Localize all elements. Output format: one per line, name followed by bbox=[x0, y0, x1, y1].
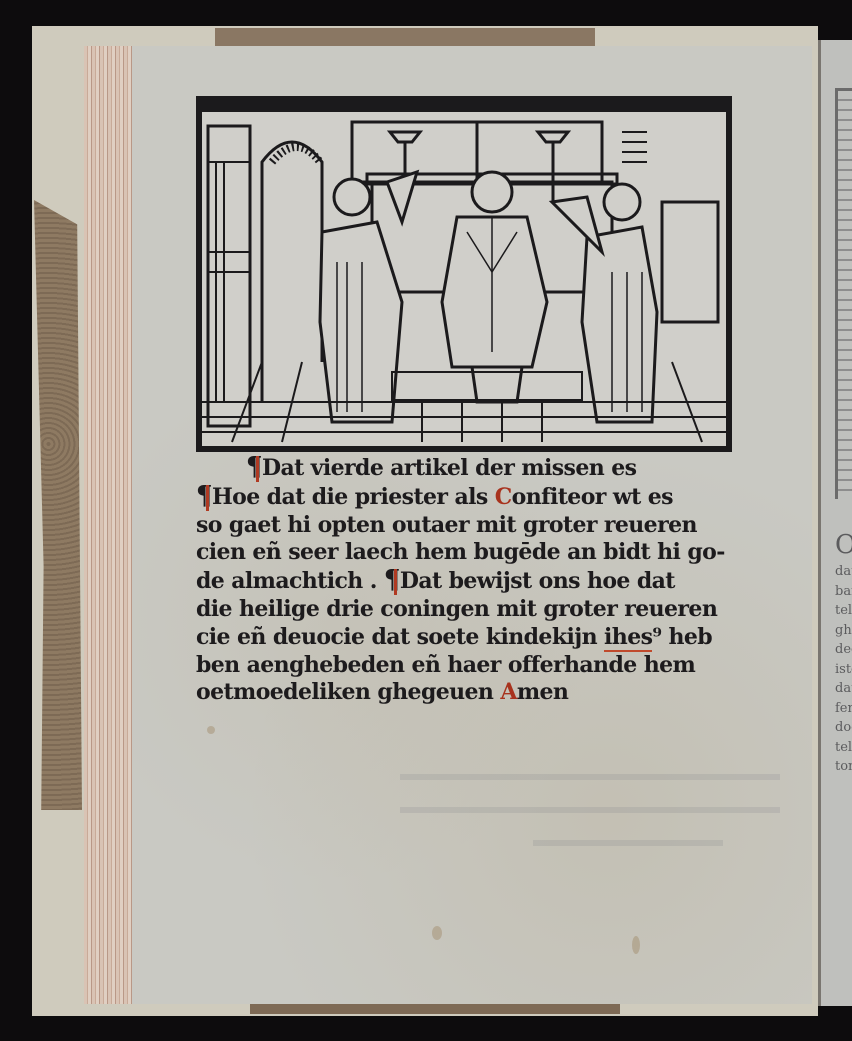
binding-board-top bbox=[215, 28, 595, 46]
blackletter-text-block: ¶Dat vierde artikel der missen es ¶Hoe d… bbox=[196, 454, 742, 707]
rubricated-letter: C bbox=[495, 484, 512, 510]
text-line-7: cie eñ deuocie dat soete kindekijn ihes⁹… bbox=[196, 624, 742, 652]
woodcut-illustration bbox=[196, 96, 732, 452]
text-line-2: ¶Hoe dat die priester als Confiteor wt e… bbox=[196, 483, 742, 512]
show-through-text bbox=[400, 720, 780, 846]
foxing-spot bbox=[432, 926, 442, 940]
text-line-5: de almachtich . ¶Dat bewijst ons hoe dat bbox=[196, 567, 742, 596]
pilcrow-mark: ¶ bbox=[246, 452, 262, 482]
text-line-9: oetmoedeliken ghegeuen Amen bbox=[196, 679, 742, 707]
text-line-6: die heilige drie coningen mit groter reu… bbox=[196, 596, 742, 624]
foxing-spot bbox=[632, 936, 640, 954]
drop-initial: H bbox=[212, 484, 232, 510]
facing-line: dat bbox=[835, 564, 852, 579]
foxing-spot bbox=[207, 726, 215, 734]
drop-initial: D bbox=[400, 568, 418, 594]
rubricated-letter: A bbox=[500, 679, 516, 705]
mass-scene-woodcut-icon bbox=[202, 102, 726, 446]
pilcrow-mark: ¶ bbox=[196, 481, 212, 511]
text-line-1: ¶Dat vierde artikel der missen es bbox=[196, 454, 742, 483]
underlined-word: ihes bbox=[604, 624, 652, 652]
pilcrow-mark: ¶ bbox=[384, 565, 400, 595]
drop-initial: D bbox=[262, 455, 280, 481]
text-line-8: ben aenghebeden eñ haer offerhande hem bbox=[196, 652, 742, 680]
facing-woodcut-fragment bbox=[835, 88, 852, 499]
text-line-3: so gaet hi opten outaer mit groter reuer… bbox=[196, 512, 742, 540]
page-stack-edge bbox=[84, 46, 136, 1004]
text-line-4: cien eñ seer laech hem bugēde an bidt hi… bbox=[196, 539, 742, 567]
facing-page-edge: Odat ban teli ghe dee iste dat fen doe t… bbox=[818, 40, 852, 1006]
facing-text-fragment: Odat ban teli ghe dee iste dat fen doe t… bbox=[835, 528, 852, 777]
